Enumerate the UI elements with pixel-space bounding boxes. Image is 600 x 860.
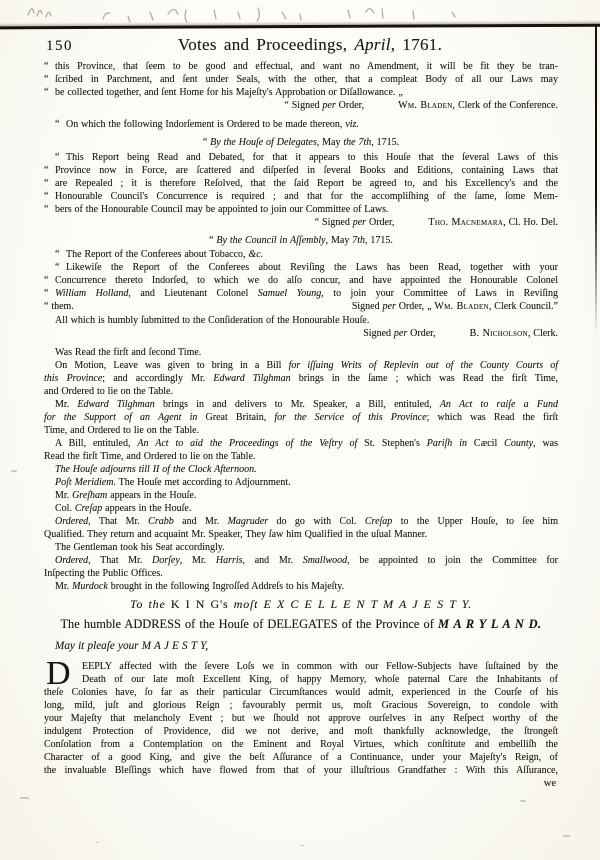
text-line: All which is humbly ſubmitted to the Con… [44,314,558,327]
quoted-line: “be collected together, and ſent Home fo… [44,86,558,99]
quoted-line: “ them. [44,300,74,313]
page-title: Votes and Proceedings, April, 1761. [20,35,600,55]
signature-line: “ them.Signed per Order, „ Wm. Bladen, C… [44,300,558,313]
page-body: “this Province, that ſeem to be good and… [44,60,558,790]
scanned-page: 150 Votes and Proceedings, April, 1761. … [0,0,600,860]
text-line: this Province; and accordingly Mr. Edwar… [44,372,558,385]
scan-speckle [20,797,29,799]
title-year: , 1761. [391,35,442,54]
date-heading: “ By the Houſe of Delegates, May the 7th… [44,136,558,149]
quoted-line: “Honourable Council's Concurrence is req… [44,190,558,203]
quoted-line: “Concurrence thereto Indorſed, to which … [44,274,558,287]
address-subheading: The humble ADDRESS of the Houſe of DELEG… [44,616,558,632]
signature-lead: “ Signed per Order, [284,99,364,112]
signature-name: Wm. Bladen, Clerk of the Conference. [398,99,558,112]
signature-line: “ Signed per Order,Wm. Bladen, Clerk of … [44,99,558,112]
quoted-line: “ſcribed in Parchment, and ſent under Se… [44,73,558,86]
text-line: Poſt Meridiem. The Houſe met according t… [44,476,558,489]
quoted-line: “this Province, that ſeem to be good and… [44,60,558,73]
quote-mark: “ [55,261,66,274]
handwritten-marks [0,0,600,24]
text-line: Ordered, That Mr. Crabb and Mr. Magruder… [44,515,558,528]
signature-lead: Signed per Order, [363,327,435,340]
title-month: April [354,35,390,54]
spacer [44,653,558,660]
quoted-line: “Province now in Force, are ſcattered an… [44,164,558,177]
signature-name: Signed per Order, „ Wm. Bladen, Clerk Co… [352,300,558,313]
text-line: Mr. Murdock brought in the following Ing… [44,580,558,593]
scan-speckle [95,842,99,843]
title-text: Votes and Proceedings, [178,35,355,54]
page-edge-line [595,26,597,336]
quoted-line: “Likewiſe the Report of the Conferees ab… [44,261,558,274]
text-line: Inſpecting the Public Offices. [44,567,558,580]
quote-mark: “ [44,60,55,73]
quoted-line: “This Report being Read and Debated, for… [44,151,558,164]
signature-lead: “ Signed per Order, [315,216,395,229]
header-rule [0,24,600,30]
quote-mark: “ [44,190,55,203]
address-heading: To the K I N G's moſt E X C E L L E N T … [44,597,558,612]
scan-speckle [11,470,17,472]
signature-name: B. Nicholson, Clerk. [470,327,558,340]
salutation: May it pleaſe your M A J E S T Y, [44,640,558,653]
quote-mark: “ [44,274,55,287]
text-line: the invaluable Bleſſings which have flow… [44,764,558,777]
text-line: On Motion, Leave was given to bring in a… [44,359,558,372]
text-line: Mr. Greſham appears in the Houſe. [44,489,558,502]
quote-mark: “ [44,86,55,99]
text-line: Time, and Ordered to lie on the Table. [44,424,558,437]
catchword: we [44,777,558,790]
spacer [44,632,558,640]
text-line: Mr. Edward Tilghman brings in and delive… [44,398,558,411]
quote-mark: “ [44,203,55,216]
text-line: A Bill, entituled, An Act to aid the Pro… [44,437,558,450]
signature-line: Signed per Order,B. Nicholson, Clerk. [44,327,558,340]
text-line: Col. Creſap appears in the Houſe. [44,502,558,515]
quote-mark: “ [55,248,66,261]
quote-mark: “ [44,177,55,190]
text-line: and Ordered to lie on the Table. [44,385,558,398]
quoted-line: “bers of the Honourable Council may be a… [44,203,558,216]
text-line: theſe Colonies have, ſo far as their par… [44,686,558,699]
text-line: EEPLY affected with the ſevere Loſs we i… [44,660,558,673]
quote-mark: “ [55,118,66,131]
quote-mark: “ [44,287,55,300]
scan-speckle [520,800,526,802]
address-paragraph: DEEPLY affected with the ſevere Loſs we … [44,660,558,777]
quoted-line: “are Repealed ; it is therefore Reſolved… [44,177,558,190]
quote-mark: “ [44,164,55,177]
quoted-line: “The Report of the Conferees about Tobac… [44,248,558,261]
text-line: Was Read the firſt and ſecond Time. [44,346,558,359]
quoted-line: “On which the following Indorſement is O… [44,118,558,131]
drop-cap: D [44,660,82,686]
quote-mark: “ [55,151,66,164]
scan-speckle [563,835,570,837]
quoted-line: “William Holland, and Lieutenant Colonel… [44,287,558,300]
signature-line: “ Signed per Order,Tho. Macnemara, Cl. H… [44,216,558,229]
text-line: Death of our late moſt Excellent King, o… [44,673,558,686]
text-line: indulgent Protection of Providence, did … [44,725,558,738]
text-line: long, mild, juſt and glorious Reign ; fa… [44,699,558,712]
scan-speckle [300,845,304,846]
text-line: The Houſe adjourns till II of the Clock … [44,463,558,476]
signature-name: Tho. Macnemara, Cl. Ho. Del. [428,216,558,229]
text-line: for the Support of an Agent in Great Bri… [44,411,558,424]
text-line: your Majeſty that melancholy Event ; but… [44,712,558,725]
text-line: Conſolation from a Contemplation on the … [44,738,558,751]
date-heading: “ By the Council in Aſſembly, May 7th, 1… [44,234,558,247]
text-line: Character of a good King, and give the b… [44,751,558,764]
text-line: The Gentleman took his Seat accordingly. [44,541,558,554]
text-line: Qualified. They return and acquaint Mr. … [44,528,558,541]
text-line: Read the firſt Time, and Ordered to lie … [44,450,558,463]
quote-mark: “ [44,73,55,86]
text-line: Ordered, That Mr. Dorſey, Mr. Harris, an… [44,554,558,567]
